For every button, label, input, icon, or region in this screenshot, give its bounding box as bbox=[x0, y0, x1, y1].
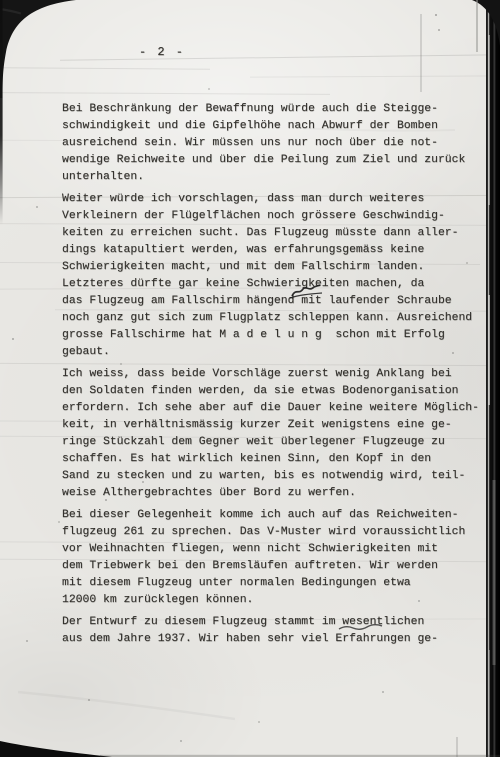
text-line: schaffen. Es hat wirklich keinen Sinn, d… bbox=[62, 451, 488, 468]
text-line: Weiter würde ich vorschlagen, dass man d… bbox=[62, 191, 488, 208]
text-line: Sand zu stecken und zu warten, bis es no… bbox=[62, 468, 488, 485]
text-line: 12000 km zurücklegen können. bbox=[62, 592, 488, 609]
text-line: ausreichend sein. Wir müssen uns nur noc… bbox=[62, 135, 488, 152]
text-block: Bei Beschränkung der Bewaffnung würde au… bbox=[62, 101, 488, 653]
text-line: noch ganz gut sich zum Flugplatz schlepp… bbox=[62, 310, 488, 327]
edge-highlight-streak bbox=[488, 35, 490, 205]
paper-speck bbox=[180, 740, 182, 742]
paper-speck bbox=[382, 691, 384, 693]
edge-gray-streak bbox=[493, 480, 496, 665]
text-line: keit, in verhältnismässig kurzer Zeit we… bbox=[62, 417, 488, 434]
scan-fold-line bbox=[0, 92, 330, 95]
text-line: mit diesem Flugzeug unter normalen Bedin… bbox=[62, 575, 488, 592]
text-line: Verkleinern der Flügelflächen noch gröss… bbox=[62, 208, 488, 225]
paper-speck bbox=[58, 521, 60, 523]
text-line: erfordern. Ich sehe aber auf die Dauer k… bbox=[62, 400, 488, 417]
paper-speck bbox=[26, 640, 28, 642]
paragraph: Bei dieser Gelegenheit komme ich auch au… bbox=[62, 507, 488, 609]
left-edge-line bbox=[0, 0, 3, 225]
paragraph: Weiter würde ich vorschlagen, dass man d… bbox=[62, 191, 488, 361]
text-line: dings katapultiert werden, was erfahrung… bbox=[62, 242, 488, 259]
text-line: aus dem Jahre 1937. Wir haben sehr viel … bbox=[62, 631, 488, 648]
paper-speck bbox=[208, 88, 210, 90]
edge-highlight-streak bbox=[489, 650, 490, 757]
paper-speck bbox=[340, 139, 342, 141]
text-line: keiten zu erreichen sucht. Das Flugzeug … bbox=[62, 225, 488, 242]
paper-speck bbox=[36, 206, 38, 208]
text-line: grosse Fallschirme hat M a d e l u n g s… bbox=[62, 327, 488, 344]
right-edge-band bbox=[486, 0, 500, 757]
paper-crease bbox=[18, 692, 235, 719]
text-line: gebaut. bbox=[62, 344, 488, 361]
paper-speck bbox=[142, 481, 144, 483]
scan-fold-line bbox=[250, 75, 500, 77]
text-line: Ich weiss, dass beide Vorschläge zuerst … bbox=[62, 366, 488, 383]
scan-fold-line bbox=[0, 140, 130, 141]
paper-speck bbox=[12, 338, 14, 340]
text-line: Bei dieser Gelegenheit komme ich auch au… bbox=[62, 507, 488, 524]
paper-speck bbox=[452, 352, 454, 354]
text-line: das Flugzeug am Fallschirm hängend mit l… bbox=[62, 293, 488, 310]
text-line: Bei Beschränkung der Bewaffnung würde au… bbox=[62, 101, 488, 118]
top-right-corner-shadow bbox=[472, 0, 500, 46]
page-number: - 2 - bbox=[139, 45, 185, 59]
text-line: flugzeug 261 zu sprechen. Das V-Muster w… bbox=[62, 524, 488, 541]
paper-speck bbox=[418, 600, 420, 602]
paper-speck bbox=[258, 721, 260, 723]
text-line: Letzteres dürfte gar keine Schwierigkeit… bbox=[62, 276, 488, 293]
paper-speck bbox=[88, 699, 90, 701]
text-line: wendige Reichweite und über die Peilung … bbox=[62, 152, 488, 169]
text-line: vor Weihnachten fliegen, wenn nicht Schw… bbox=[62, 541, 488, 558]
paragraph: Bei Beschränkung der Bewaffnung würde au… bbox=[62, 101, 488, 186]
text-line: schwindigkeit und die Gipfelhöhe nach Ab… bbox=[62, 118, 488, 135]
bottom-left-corner-shadow bbox=[0, 741, 112, 757]
paper-speck bbox=[438, 29, 440, 31]
top-left-edge-stroke bbox=[0, 9, 21, 14]
text-line: unterhalten. bbox=[62, 169, 488, 186]
text-line: Der Entwurf zu diesem Flugzeug stammt im… bbox=[62, 614, 488, 631]
paper-speck bbox=[120, 363, 122, 365]
top-left-corner-shadow bbox=[0, 0, 76, 98]
paper-speck bbox=[466, 262, 468, 264]
scan-fold-line bbox=[60, 54, 500, 60]
paper-speck bbox=[435, 14, 437, 16]
paper-speck bbox=[105, 499, 107, 501]
text-line: den Soldaten finden werden, da sie etwas… bbox=[62, 383, 488, 400]
paragraph: Ich weiss, dass beide Vorschläge zuerst … bbox=[62, 366, 488, 502]
document-page: - 2 - Bei Beschränkung der Bewaffnung wü… bbox=[0, 0, 500, 757]
paper-speck bbox=[302, 423, 304, 425]
text-line: weise Althergebrachtes über Bord zu werf… bbox=[62, 485, 488, 502]
scan-fold-line bbox=[0, 67, 210, 69]
